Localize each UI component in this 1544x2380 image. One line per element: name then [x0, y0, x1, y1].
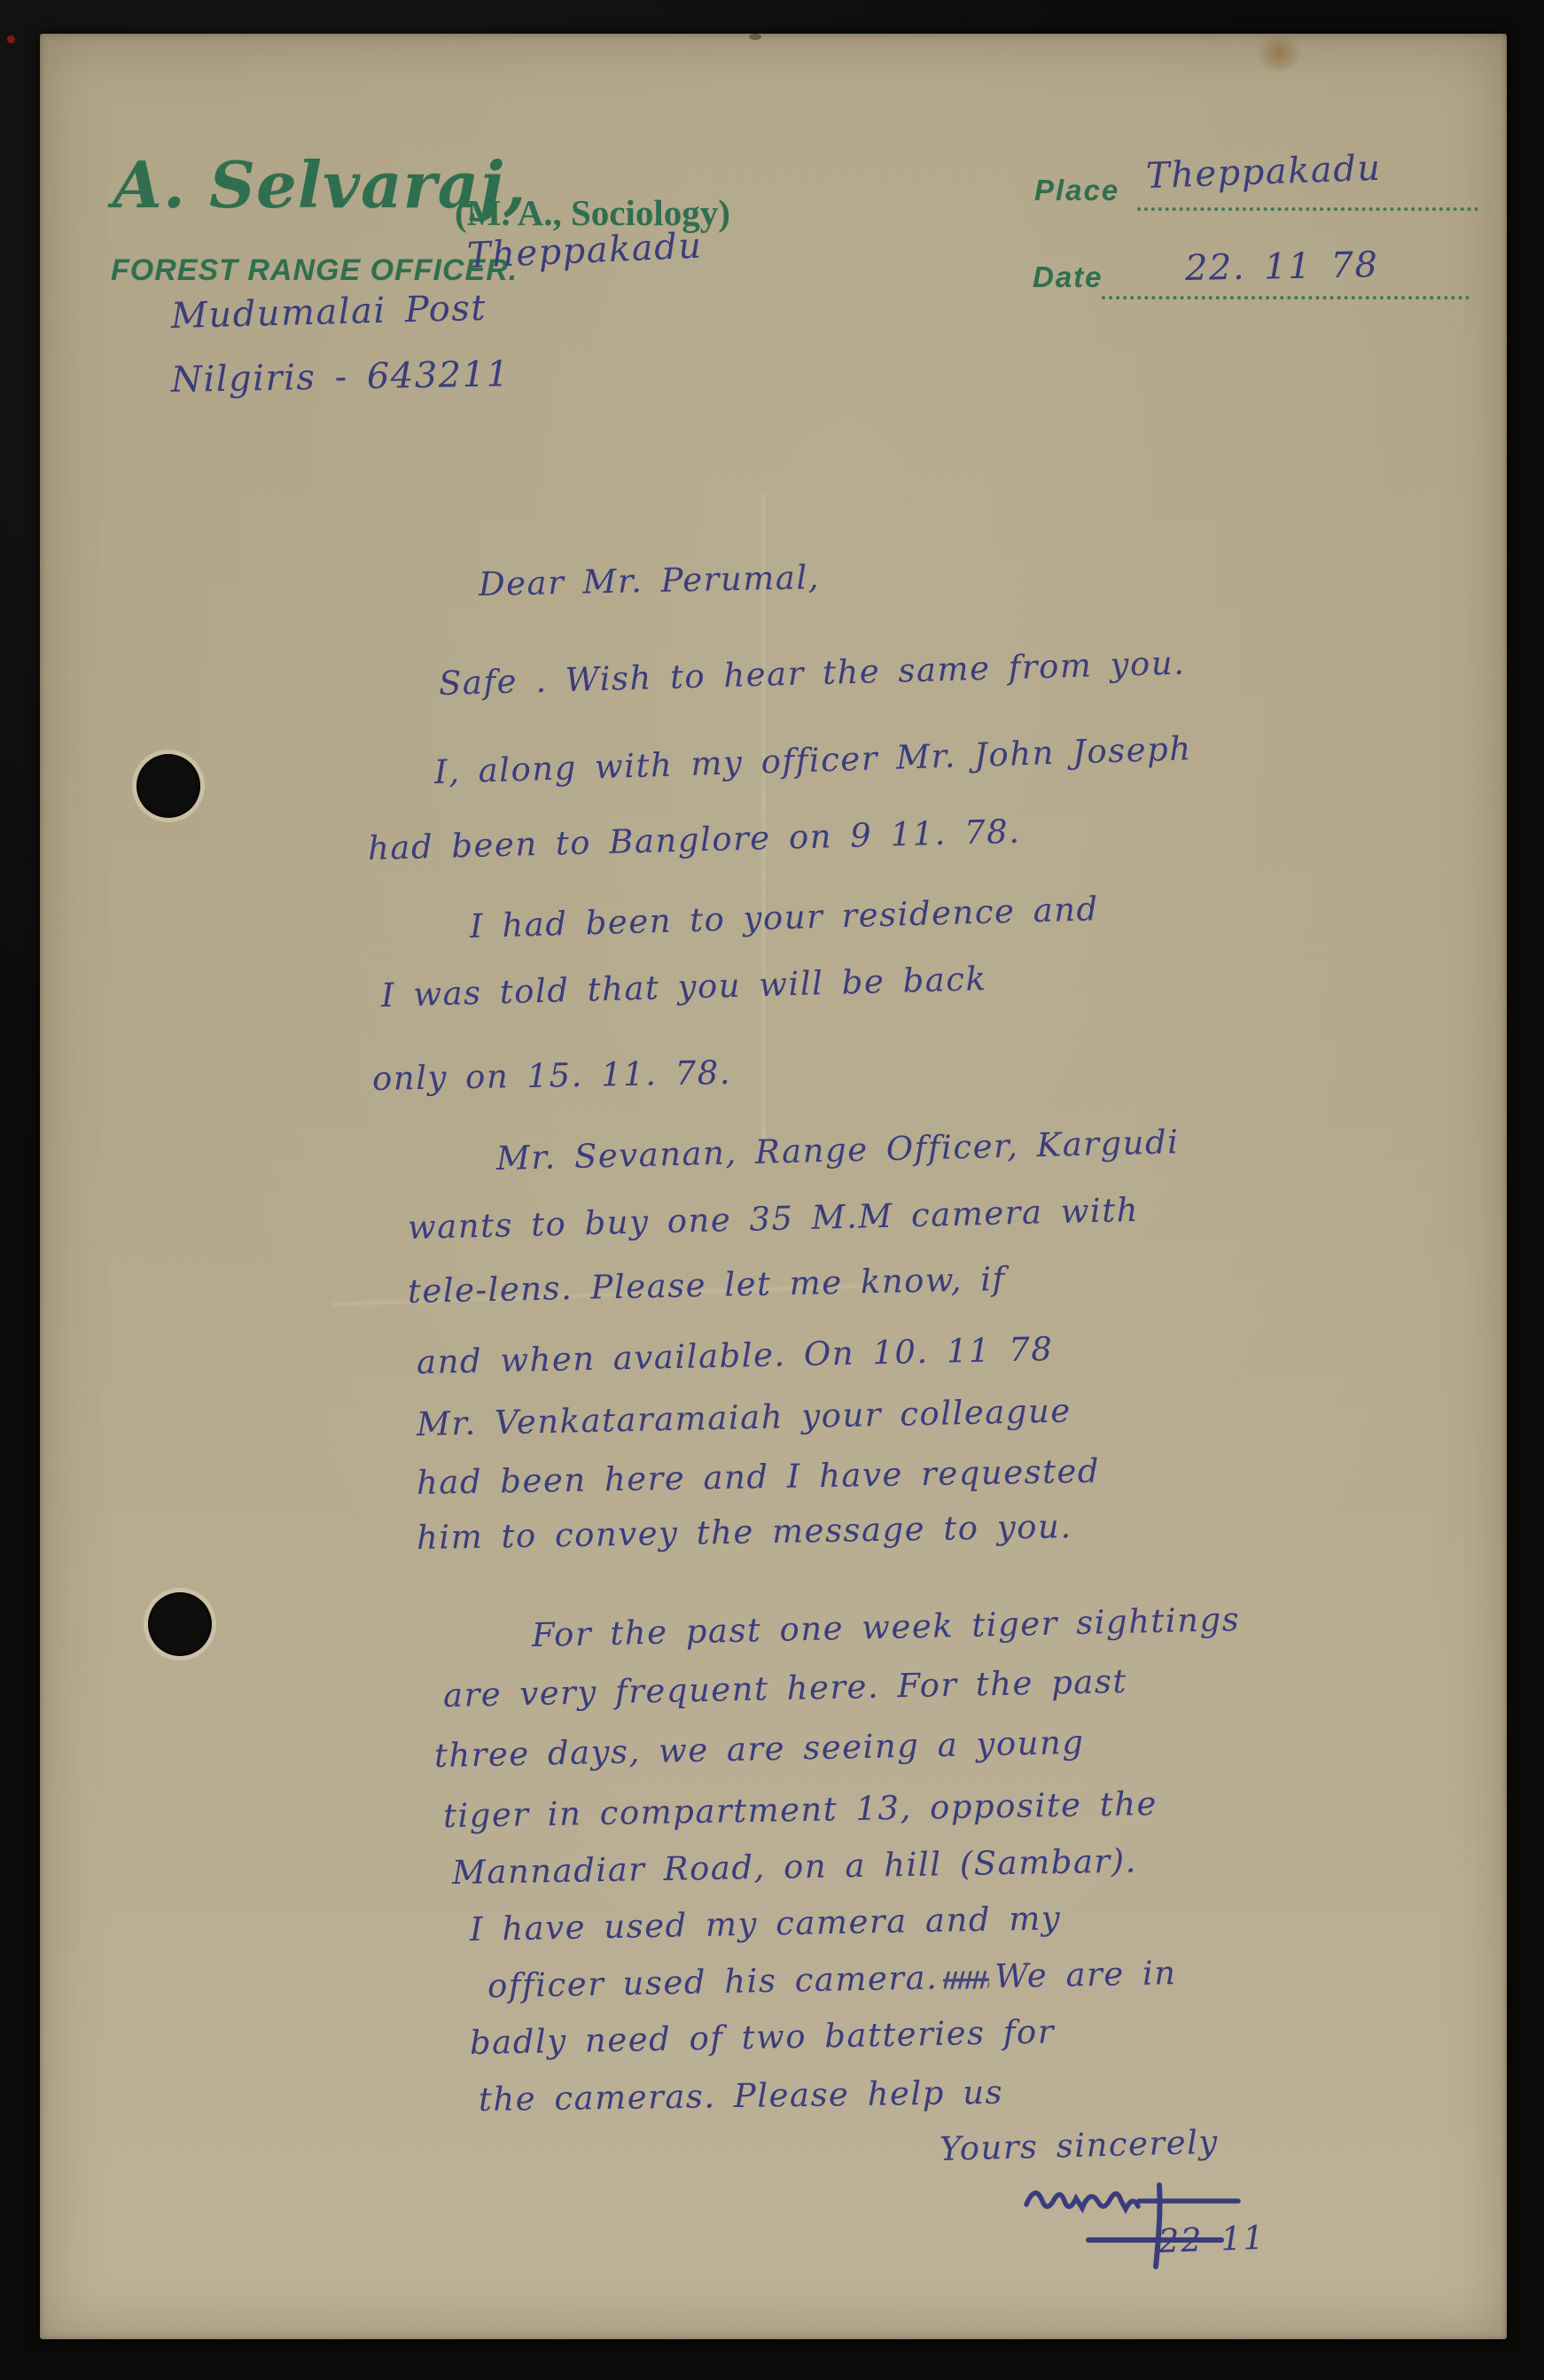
handwritten-line: are very frequent here. For the past	[443, 1662, 1128, 1715]
handwritten-line: Mr. Venkataramaiah your colleague	[417, 1392, 1072, 1443]
handwritten-line: wants to buy one 35 M.M camera with	[407, 1191, 1139, 1247]
handwritten-line: tele-lens. Please let me know, if	[408, 1260, 1007, 1311]
handwritten-line: Safe . Wish to hear the same from you.	[438, 643, 1186, 703]
handwritten-line: For the past one week tiger sightings	[532, 1600, 1241, 1654]
place-label: Place	[1034, 174, 1119, 207]
handwritten-line: I, along with my officer Mr. John Joseph	[433, 729, 1192, 791]
letter-paper: A. Selvaraj, (M. A., Sociology) FOREST R…	[40, 34, 1507, 2339]
date-label: Date	[1033, 261, 1103, 294]
handwritten-line: tiger in compartment 13, opposite the	[443, 1785, 1158, 1835]
scanned-letter-page: A. Selvaraj, (M. A., Sociology) FOREST R…	[0, 0, 1544, 2380]
handwritten-line: three days, we are seeing a young	[434, 1723, 1085, 1775]
punch-hole-top	[136, 754, 200, 818]
handwritten-line: him to convey the message to you.	[417, 1507, 1072, 1557]
scan-speck	[7, 35, 15, 43]
handwritten-line: only on 15. 11. 78.	[372, 1054, 732, 1098]
crossed-out-scribble	[943, 1971, 989, 1989]
handwritten-line: officer used his camera.We are in	[487, 1954, 1177, 2005]
date-dotted-line	[1102, 296, 1470, 299]
handwritten-line: Mr. Sevanan, Range Officer, Kargudi	[495, 1123, 1179, 1178]
handwritten-line: I had been to your residence and	[469, 890, 1099, 945]
date-value: 22. 11 78	[1185, 245, 1379, 289]
signature-date: 22 11	[1158, 2219, 1266, 2260]
handwritten-segment: We are in	[994, 1954, 1177, 1995]
handwritten-line: Mannadiar Road, on a hill (Sambar).	[452, 1842, 1138, 1892]
letterhead-address-line1: Mudumalai Post	[170, 288, 487, 337]
place-dotted-line	[1137, 207, 1478, 211]
handwritten-line: had been to Banglore on 9 11. 78.	[367, 813, 1021, 867]
punch-hole-bottom	[148, 1592, 212, 1656]
salutation: Dear Mr. Perumal,	[479, 558, 821, 603]
handwritten-line: and when available. On 10. 11 78	[417, 1330, 1054, 1381]
handwritten-line: I have used my camera and my	[470, 1899, 1062, 1948]
letterhead-title: FOREST RANGE OFFICER.	[111, 253, 518, 288]
handwritten-line: the cameras. Please help us	[479, 2073, 1004, 2119]
paper-stain	[1252, 35, 1306, 71]
handwritten-line: badly need of two batteries for	[470, 2012, 1056, 2062]
paper-speck	[749, 34, 761, 40]
letterhead-address-line2: Nilgiris - 643211	[171, 354, 511, 401]
place-value: Theppakadu	[1145, 148, 1382, 197]
handwritten-line: had been here and I have requested	[417, 1452, 1101, 1502]
handwritten-line: I was told that you will be back	[380, 960, 987, 1015]
handwritten-segment: officer used his camera.	[487, 1958, 939, 2005]
